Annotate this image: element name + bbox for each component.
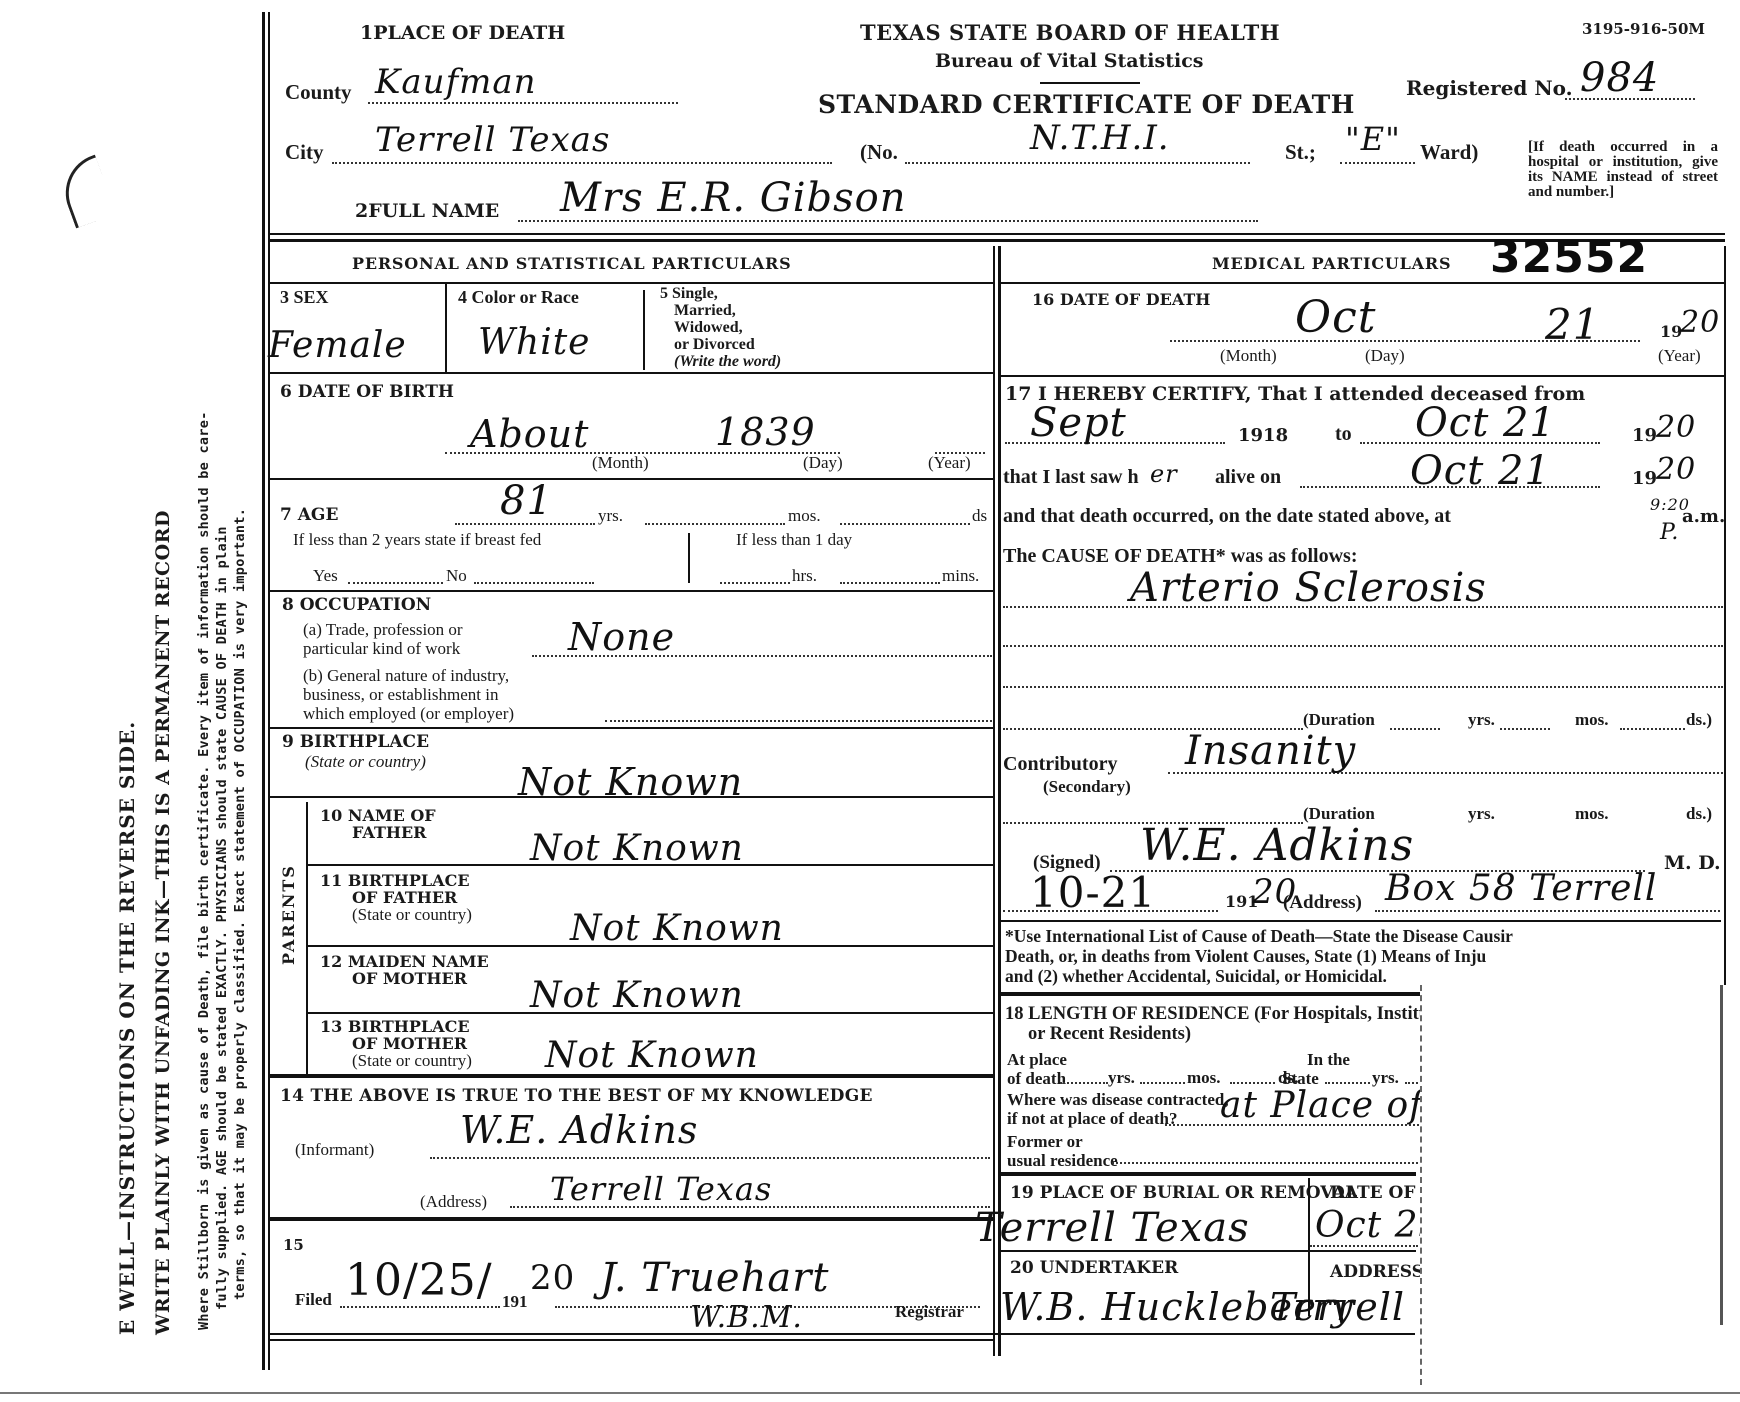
duration-label: (Duration <box>1303 710 1375 730</box>
occupation-a-label: (a) Trade, profession or particular kind… <box>303 620 463 658</box>
death-month-caption: (Month) <box>1220 346 1277 366</box>
date-of-death-label: 16 DATE OF DEATH <box>1032 290 1210 309</box>
death-day-caption: (Day) <box>1365 346 1405 366</box>
form-left-border-inner <box>268 12 270 1370</box>
mother-birthplace-label: 13 BIRTHPLACE OF MOTHER (State or countr… <box>320 1018 472 1069</box>
contracted-label: Where was disease contracted, if not at … <box>1007 1090 1229 1128</box>
state-yrs-field[interactable] <box>1325 1082 1370 1084</box>
sex-value: Female <box>268 325 407 366</box>
breast-fed-no-field[interactable] <box>474 582 594 584</box>
contracted-line: Where was disease contracted, <box>1007 1090 1229 1109</box>
pm-mark: P. <box>1660 520 1679 545</box>
dob-month-value: About <box>470 412 589 456</box>
occupation-b-field <box>605 720 992 722</box>
duration-ds-caption: ds.) <box>1686 710 1712 730</box>
duration-secondary-ds: ds.) <box>1686 804 1712 824</box>
in-state-line: In the <box>1282 1050 1350 1069</box>
secondary-label: (Secondary) <box>1043 777 1131 797</box>
hours-field[interactable] <box>720 582 790 584</box>
former-residence-line: Former or <box>1007 1132 1118 1151</box>
former-residence-label: Former or usual residence <box>1007 1132 1118 1170</box>
section-thick-rule <box>268 1074 993 1078</box>
physician-address-label: (Address) <box>1283 892 1362 914</box>
alive-on-label: alive on <box>1215 466 1281 489</box>
race-marital-divider <box>643 290 645 370</box>
race-label: 4 Color or Race <box>458 287 579 308</box>
cause-line-2 <box>1003 645 1723 647</box>
alive-on-year: 20 <box>1656 452 1696 487</box>
filed-label: Filed <box>295 1290 332 1310</box>
occupation-b-line: business, or establishment in <box>303 685 514 704</box>
undertaker-label: 20 UNDERTAKER <box>1010 1258 1178 1278</box>
ward-field <box>1340 162 1415 164</box>
county-label: County <box>285 80 352 105</box>
city-value: Terrell Texas <box>375 120 610 160</box>
dob-label: 6 DATE OF BIRTH <box>280 382 454 402</box>
physician-address-field <box>1375 910 1720 912</box>
father-bp-label-line: 11 BIRTHPLACE <box>320 872 472 889</box>
registered-no-label: Registered No. <box>1406 76 1573 100</box>
street-no-label: (No. <box>860 140 898 165</box>
alive-on-year-prefix: 19 <box>1632 468 1657 489</box>
margin-instructions-line: E WELL—INSTRUCTIONS ON THE REVERSE SIDE. <box>115 721 139 1335</box>
md-label: M. D. <box>1664 852 1721 874</box>
age-mos-caption: mos. <box>788 506 821 526</box>
ward-label: Ward) <box>1420 140 1478 165</box>
filed-date-value: 10/25/ <box>345 1255 493 1306</box>
dob-year-caption: (Year) <box>928 453 971 473</box>
medical-section-title: MEDICAL PARTICULARS <box>1212 254 1451 273</box>
informant-label: (Informant) <box>295 1140 374 1160</box>
filed-number-label: 15 <box>283 1236 304 1254</box>
title-rule <box>1040 82 1140 84</box>
duration-yrs-field[interactable] <box>1390 728 1440 730</box>
occupation-label: 8 OCCUPATION <box>282 595 431 615</box>
row-rule <box>268 478 993 480</box>
father-name-label-line: 10 NAME OF <box>320 807 436 824</box>
row-rule <box>306 1012 993 1014</box>
age-ds-caption: ds <box>972 506 987 526</box>
attended-to-value: Oct 21 <box>1415 400 1556 446</box>
alive-on-value: Oct 21 <box>1410 448 1551 494</box>
former-residence-line: usual residence <box>1007 1151 1118 1170</box>
father-birthplace-label: 11 BIRTHPLACE OF FATHER (State or countr… <box>320 872 472 923</box>
city-label: City <box>285 140 324 165</box>
center-divider-left <box>993 246 995 1356</box>
footnote-line: Death, or, in deaths from Violent Causes… <box>1005 946 1513 966</box>
marital-label: 5 Single, Married, Widowed, or Divorced … <box>660 285 781 370</box>
bottom-rule <box>993 1333 1415 1335</box>
age-days-field <box>840 523 970 525</box>
dob-day-value: 1839 <box>715 410 816 454</box>
occupation-b-label: (b) General nature of industry, business… <box>303 666 514 723</box>
torn-edge <box>1720 985 1723 1325</box>
footnote-line: and (2) whether Accidental, Suicidal, or… <box>1005 966 1513 986</box>
street-value: N.T.H.I. <box>1030 118 1170 158</box>
duration-secondary-mos: mos. <box>1575 804 1609 824</box>
occupation-b-line: which employed (or employer) <box>303 704 514 723</box>
duration-mos-caption: mos. <box>1575 710 1609 730</box>
cause-of-death-value: Arterio Sclerosis <box>1130 565 1487 611</box>
row-rule <box>1001 375 1724 377</box>
death-month-value: Oct <box>1295 292 1376 343</box>
informant-address-value: Terrell Texas <box>550 1170 772 1208</box>
row-rule <box>1001 920 1721 922</box>
last-saw-label: that I last saw h <box>1003 466 1139 489</box>
duration-mos-field[interactable] <box>1500 728 1550 730</box>
marital-label-line: or Divorced <box>660 336 781 353</box>
occupation-a-line: particular kind of work <box>303 639 463 658</box>
burial-place-value: Terrell Texas <box>975 1205 1250 1251</box>
city-field <box>332 162 832 164</box>
attended-to-year-prefix: 19 <box>1632 425 1657 446</box>
stamped-number: 32552 <box>1490 232 1648 283</box>
death-occurred-label: and that death occurred, on the date sta… <box>1003 505 1451 528</box>
registrar-signature: J. Truehart <box>600 1255 829 1301</box>
parents-divider <box>306 802 308 1077</box>
mother-maiden-name-value: Not Known <box>530 975 744 1016</box>
row-rule <box>268 372 993 374</box>
age-months-field <box>645 523 785 525</box>
row-rule <box>1001 1250 1416 1252</box>
filed-year-prefix: 191 <box>502 1292 528 1312</box>
cause-line-1 <box>1003 606 1723 608</box>
signed-date-value: 10-21 <box>1030 868 1156 917</box>
father-bp-label-line: (State or country) <box>320 906 472 923</box>
registrar-initials: W.B.M. <box>690 1300 803 1335</box>
section-thick-rule <box>1001 1172 1416 1176</box>
mother-name-label-line: OF MOTHER <box>320 970 489 987</box>
street-suffix-label: St.; <box>1285 140 1316 165</box>
marital-label-line: (Write the word) <box>660 353 781 370</box>
undertaker-address-label: ADDRESS <box>1330 1262 1424 1282</box>
duration-secondary-yrs: yrs. <box>1468 804 1495 824</box>
physician-signature: W.E. Adkins <box>1140 820 1414 871</box>
at-place-line: of death <box>1007 1069 1067 1088</box>
hours-caption: hrs. <box>792 566 817 586</box>
attended-from-year: 1918 <box>1238 425 1288 446</box>
attended-to-year: 20 <box>1656 410 1696 445</box>
duration-ds-field[interactable] <box>1620 728 1685 730</box>
registrar-label: Registrar <box>895 1302 964 1322</box>
occupation-a-line: (a) Trade, profession or <box>303 620 463 639</box>
row-rule <box>306 945 993 947</box>
undertaker-address-value: Terrell <box>1270 1285 1405 1329</box>
informant-address-label: (Address) <box>420 1192 487 1212</box>
res-yrs-caption: yrs. <box>1108 1068 1135 1088</box>
row-rule <box>306 864 993 866</box>
marital-label-line: 5 Single, <box>660 285 781 302</box>
county-field <box>368 102 678 104</box>
burial-label: 19 PLACE OF BURIAL OR REMOVAL <box>1010 1183 1357 1203</box>
torn-corner <box>1420 985 1726 1385</box>
filed-date-field <box>340 1306 500 1308</box>
birthplace-sublabel: (State or country) <box>305 752 426 772</box>
personal-section-title: PERSONAL AND STATISTICAL PARTICULARS <box>352 254 791 273</box>
res-mos-caption: mos. <box>1187 1068 1221 1088</box>
margin-occupation-note: terms, so that it may be properly classi… <box>232 508 248 1300</box>
death-day-value: 21 <box>1545 300 1600 349</box>
duration-yrs-caption: yrs. <box>1468 710 1495 730</box>
breast-fed-no-label: No <box>446 566 467 586</box>
mother-bp-label-line: OF MOTHER <box>320 1035 472 1052</box>
mother-maiden-name-label: 12 MAIDEN NAME OF MOTHER <box>320 953 489 987</box>
form-number: 3195-916-50M <box>1582 20 1705 38</box>
full-name-label: 2FULL NAME <box>355 200 499 222</box>
section-thick-rule <box>268 1217 993 1221</box>
form-left-border-outer <box>262 12 265 1370</box>
knowledge-statement: 14 THE ABOVE IS TRUE TO THE BEST OF MY K… <box>280 1086 873 1106</box>
physician-address-value: Box 58 Terrell <box>1385 868 1657 909</box>
full-name-value: Mrs E.R. Gibson <box>560 175 907 221</box>
margin-stillborn-note: Where Stillborn is given as cause of Dea… <box>196 411 212 1330</box>
less-than-day-label: If less than 1 day <box>736 530 852 550</box>
father-bp-label-line: OF FATHER <box>320 889 472 906</box>
row-rule <box>268 590 993 592</box>
birthplace-label: 9 BIRTHPLACE <box>282 732 429 752</box>
death-year-prefix: 19 <box>1660 322 1682 341</box>
race-value: White <box>478 322 590 363</box>
sex-label: 3 SEX <box>280 287 329 308</box>
county-value: Kaufman <box>375 62 537 102</box>
age-years-value: 81 <box>500 478 553 524</box>
breast-fed-yes-field[interactable] <box>348 582 443 584</box>
last-saw-pronoun: er <box>1150 460 1178 488</box>
agency-title: TEXAS STATE BOARD OF HEALTH <box>860 20 1280 45</box>
page-bottom-edge <box>0 1392 1740 1394</box>
occupation-a-value: None <box>568 615 675 659</box>
at-place-label: At place of death <box>1007 1050 1067 1088</box>
row-rule <box>268 727 993 729</box>
medical-title-rule <box>1001 282 1724 284</box>
burial-date-field <box>1310 1245 1418 1247</box>
personal-title-rule <box>268 282 993 284</box>
father-name-label-line: FATHER <box>320 824 436 841</box>
to-label: to <box>1335 423 1352 446</box>
res-mos-field[interactable] <box>1140 1082 1185 1084</box>
residence-sublabel: or Recent Residents) <box>1028 1024 1191 1045</box>
res-ds-field[interactable] <box>1230 1082 1275 1084</box>
dob-day-caption: (Day) <box>803 453 843 473</box>
bureau-title: Bureau of Vital Statistics <box>935 50 1203 72</box>
certificate-title: STANDARD CERTIFICATE OF DEATH <box>818 90 1355 119</box>
former-residence-field <box>1112 1162 1422 1164</box>
res-yrs-field[interactable] <box>1060 1082 1108 1084</box>
cause-footnote: *Use International List of Cause of Deat… <box>1005 926 1513 986</box>
sex-race-divider <box>445 284 447 372</box>
minutes-field[interactable] <box>840 582 940 584</box>
contributory-value: Insanity <box>1185 728 1356 774</box>
at-place-line: At place <box>1007 1050 1067 1069</box>
bottom-rule <box>268 1333 993 1335</box>
breast-fed-label: If less than 2 years state if breast fed <box>293 530 541 550</box>
attended-from-value: Sept <box>1030 400 1127 446</box>
father-birthplace-value: Not Known <box>570 908 784 949</box>
mother-name-label-line: 12 MAIDEN NAME <box>320 953 489 970</box>
marital-label-line: Married, <box>660 302 781 319</box>
filed-year-value: 20 <box>530 1258 575 1298</box>
father-name-value: Not Known <box>530 828 744 869</box>
parents-label: PARENTS <box>279 864 298 965</box>
mother-bp-label-line: (State or country) <box>320 1052 472 1069</box>
death-year-value: 20 <box>1680 305 1720 340</box>
footnote-line: *Use International List of Cause of Deat… <box>1005 926 1513 946</box>
informant-value: W.E. Adkins <box>460 1108 698 1152</box>
marital-label-line: Widowed, <box>660 319 781 336</box>
father-name-label: 10 NAME OF FATHER <box>320 807 436 841</box>
am-label: a.m. <box>1682 506 1725 527</box>
mother-birthplace-value: Not Known <box>545 1035 759 1076</box>
margin-age-note: fully supplied. AGE should be stated EXA… <box>214 526 230 1310</box>
minutes-caption: mins. <box>942 566 979 586</box>
center-divider-right <box>998 246 1001 1356</box>
age-label: 7 AGE <box>280 505 338 525</box>
ward-value: "E" <box>1345 120 1401 158</box>
margin-permanent-record-line: WRITE PLAINLY WITH UNFADING INK—THIS IS … <box>152 510 174 1335</box>
place-of-death-label: 1PLACE OF DEATH <box>360 22 565 44</box>
occupation-b-line: (b) General nature of industry, <box>303 666 514 685</box>
mother-bp-label-line: 13 BIRTHPLACE <box>320 1018 472 1035</box>
bottom-rule <box>268 1339 993 1341</box>
hospital-note: [If death occurred in a hospital or inst… <box>1528 140 1718 200</box>
contributory-label: Contributory <box>1003 753 1117 776</box>
death-year-caption: (Year) <box>1658 346 1701 366</box>
dob-month-caption: (Month) <box>592 453 649 473</box>
informant-field <box>430 1157 990 1159</box>
cause-line-3 <box>1003 686 1723 688</box>
row-rule <box>268 796 993 798</box>
registered-no-value: 984 <box>1580 55 1659 101</box>
age-sub-divider <box>688 533 690 583</box>
margin-paper-mark <box>55 155 117 229</box>
age-yrs-caption: yrs. <box>598 506 623 526</box>
breast-fed-yes-label: Yes <box>313 566 338 586</box>
street-field <box>905 162 1250 164</box>
